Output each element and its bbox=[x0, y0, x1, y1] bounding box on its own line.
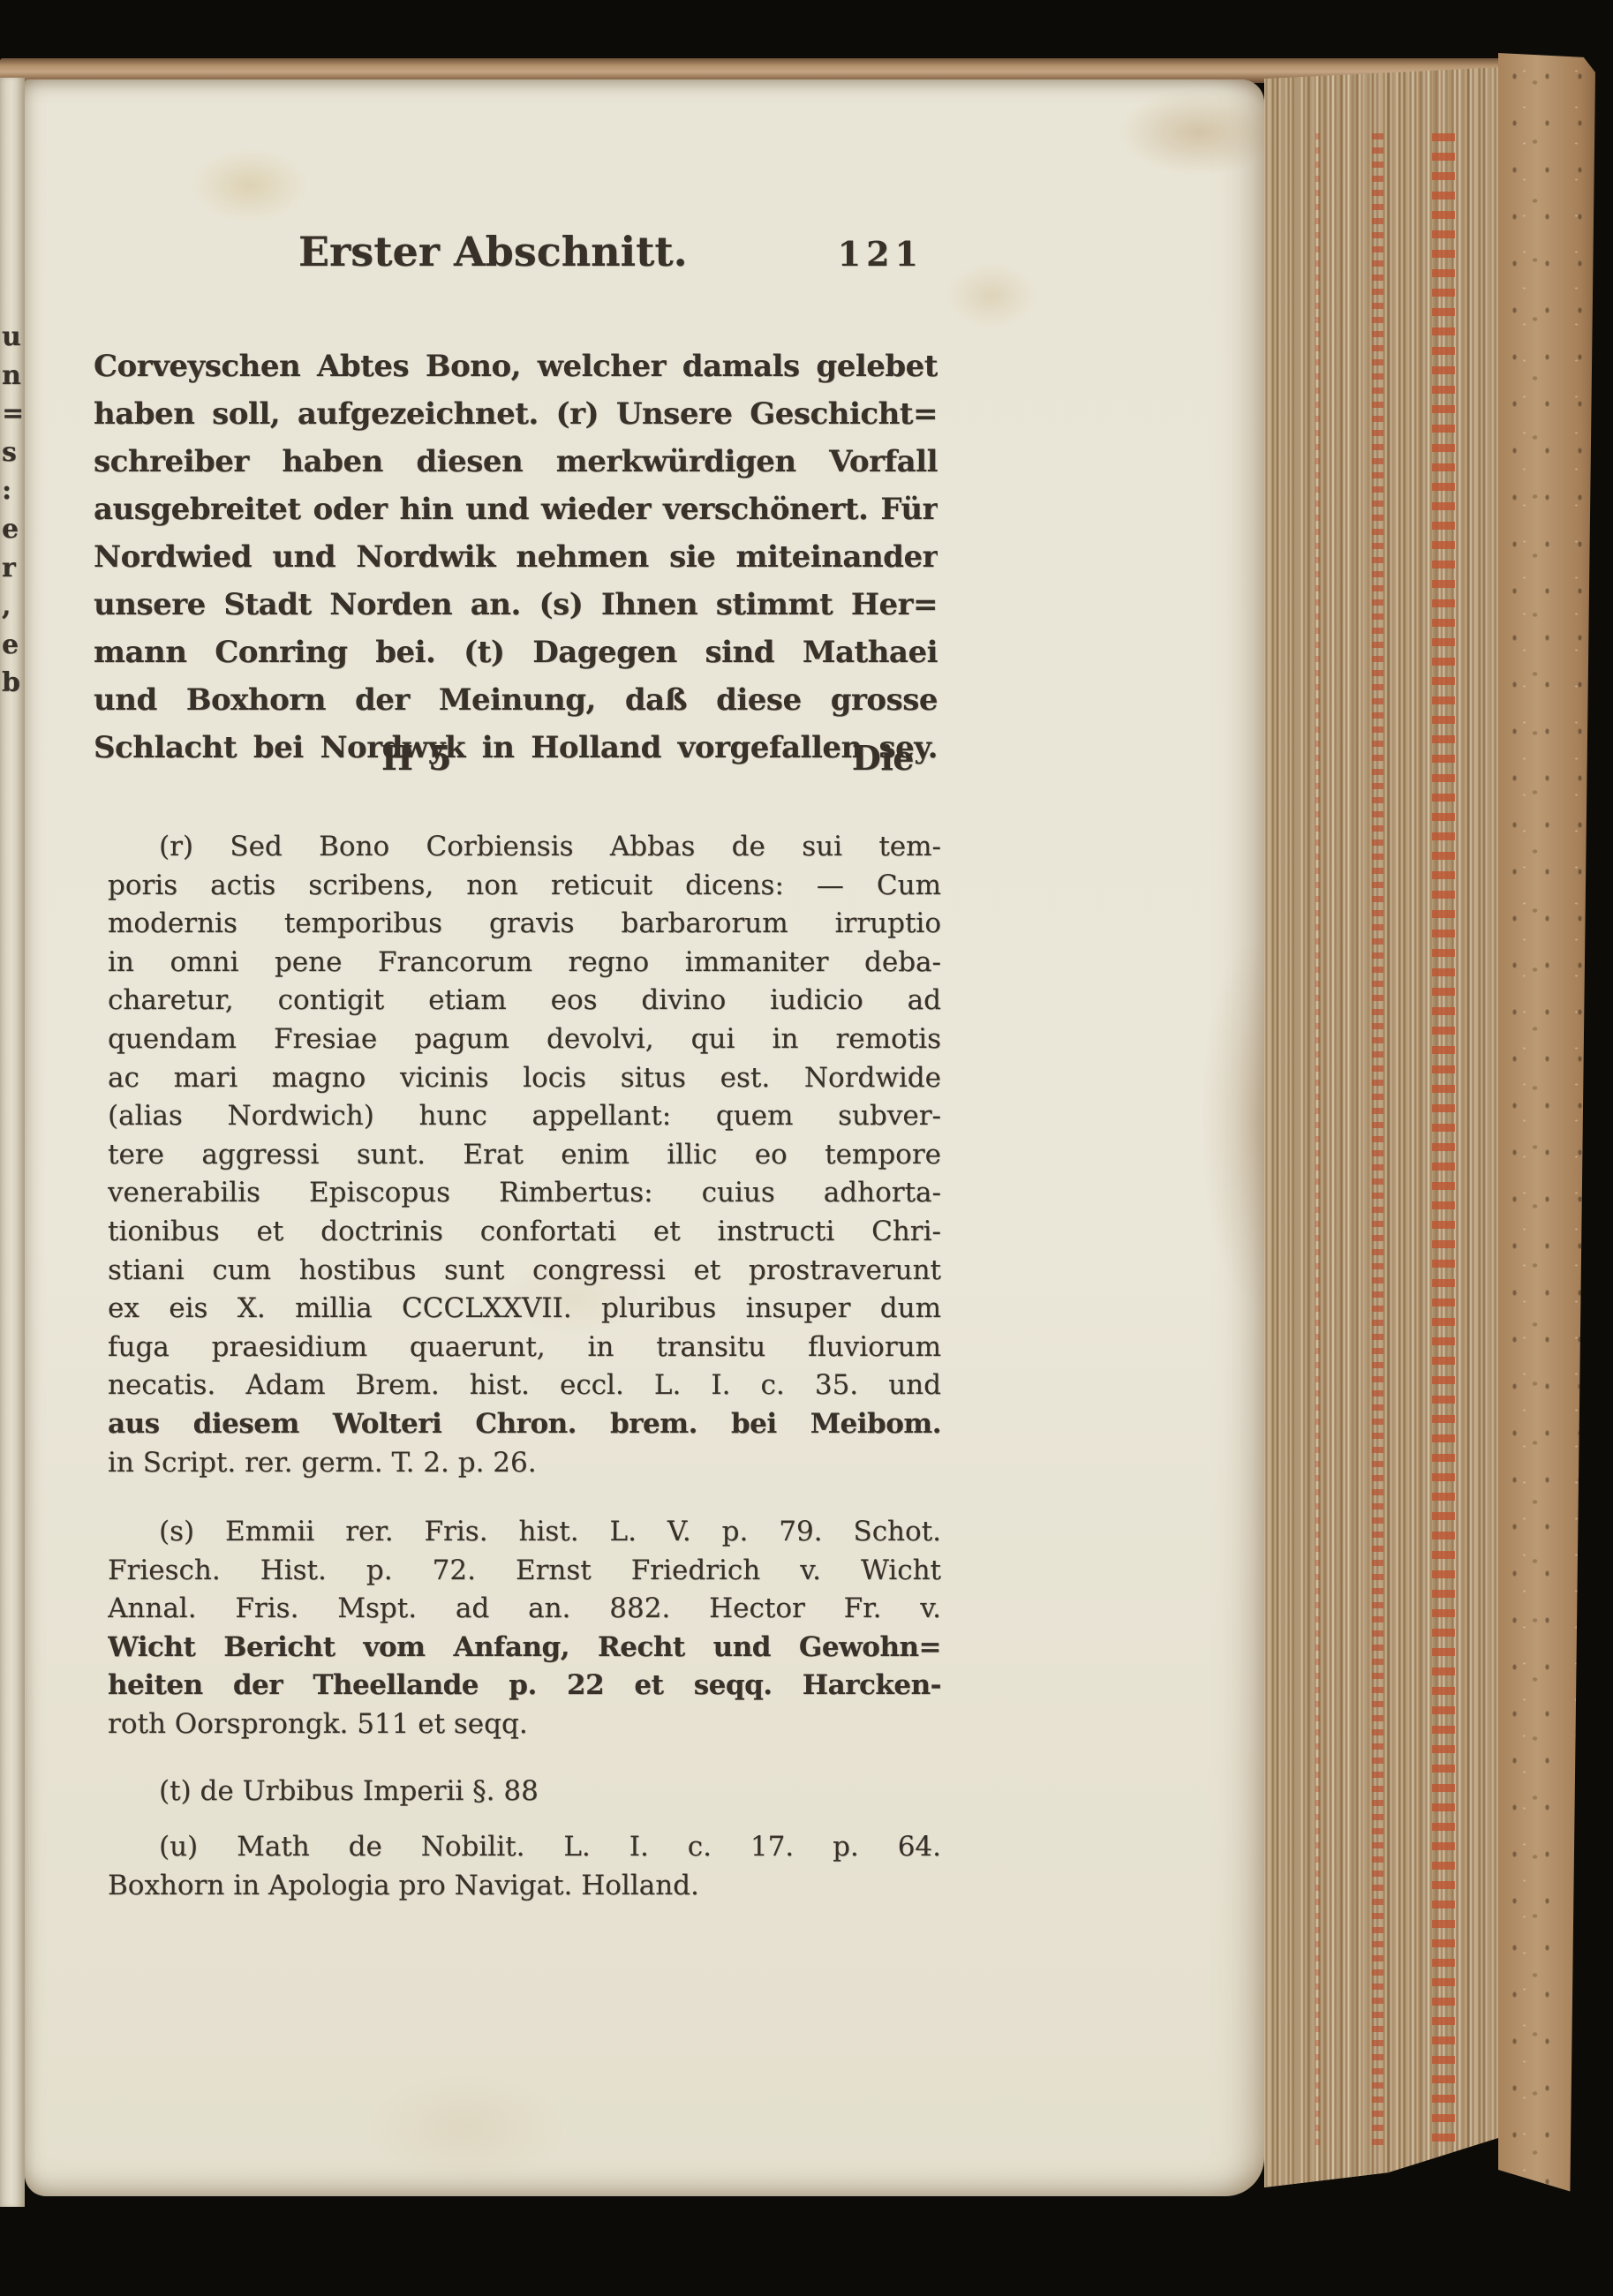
footnote-line: poris actis scribens, non reticuit dicen… bbox=[108, 867, 941, 906]
scan-backdrop: un=s:er,eb Erster Abschnitt. 121 Corveys… bbox=[0, 0, 1613, 2296]
running-header: Erster Abschnitt. 121 bbox=[94, 228, 938, 275]
page-number: 121 bbox=[838, 234, 923, 274]
footnote-line: quendam Fresiae pagum devolvi, qui in re… bbox=[108, 1020, 941, 1059]
body-line: schreiber haben diesen merkwürdigen Vorf… bbox=[94, 438, 938, 486]
footnote-line: tere aggressi sunt. Erat enim illic eo t… bbox=[108, 1136, 941, 1175]
footnote-line: tionibus et doctrinis confortati et inst… bbox=[108, 1213, 941, 1252]
footnote-line: (t) de Urbibus Imperii §. 88 bbox=[108, 1773, 941, 1811]
footnote-line: (u) Math de Nobilit. L. I. c. 17. p. 64. bbox=[108, 1828, 941, 1867]
footnote-line: ex eis X. millia CCCLXXVII. pluribus ins… bbox=[108, 1290, 941, 1329]
footnote-line: Annal. Fris. Mspt. ad an. 882. Hector Fr… bbox=[108, 1590, 941, 1629]
footnote-line: ac mari magno vicinis locis situs est. N… bbox=[108, 1059, 941, 1098]
fore-edge-red-speckles bbox=[1372, 131, 1383, 2145]
footnote-u: (u) Math de Nobilit. L. I. c. 17. p. 64.… bbox=[108, 1828, 941, 1905]
margin-fragment: n bbox=[2, 357, 25, 395]
body-line: unsere Stadt Norden an. (s) Ihnen stimmt… bbox=[94, 581, 938, 629]
fore-edge-red-speckles bbox=[1432, 131, 1455, 2145]
footnote-line: fuga praesidium quaerunt, in transitu fl… bbox=[108, 1329, 941, 1367]
margin-fragment: = bbox=[2, 395, 25, 433]
footnote-line: Boxhorn in Apologia pro Navigat. Holland… bbox=[108, 1867, 941, 1906]
margin-fragment: , bbox=[2, 587, 25, 626]
body-line: Corveyschen Abtes Bono, welcher damals g… bbox=[94, 343, 938, 390]
body-line: und Boxhorn der Meinung, daß diese gross… bbox=[94, 676, 938, 724]
body-line: mann Conring bei. (t) Dagegen sind Matha… bbox=[94, 629, 938, 676]
margin-fragment: e bbox=[2, 510, 25, 549]
footnote-r: (r) Sed Bono Corbiensis Abbas de sui tem… bbox=[108, 828, 941, 1482]
footnote-line: aus diesem Wolteri Chron. brem. bei Meib… bbox=[108, 1405, 941, 1444]
margin-fragment: u bbox=[2, 318, 25, 357]
footnote-line: (alias Nordwich) hunc appellant: quem su… bbox=[108, 1097, 941, 1136]
margin-fragment: e bbox=[2, 626, 25, 665]
signature-row: H 5 Die bbox=[94, 738, 938, 786]
body-text: Corveyschen Abtes Bono, welcher damals g… bbox=[94, 343, 938, 772]
margin-fragment: r bbox=[2, 549, 25, 588]
footnote-line: heiten der Theellande p. 22 et seqq. Har… bbox=[108, 1667, 941, 1705]
body-line: ausgebreitet oder hin und wieder verschö… bbox=[94, 486, 938, 533]
margin-fragment: : bbox=[2, 471, 25, 510]
body-line: haben soll, aufgezeichnet. (r) Unsere Ge… bbox=[94, 390, 938, 438]
footnote-line: in omni pene Francorum regno immaniter d… bbox=[108, 944, 941, 982]
footnote-line: necatis. Adam Brem. hist. eccl. L. I. c.… bbox=[108, 1366, 941, 1405]
fore-edge-red-speckles bbox=[1315, 131, 1320, 2145]
footnote-line: Wicht Bericht vom Anfang, Recht und Gewo… bbox=[108, 1629, 941, 1667]
footnote-line: in Script. rer. germ. T. 2. p. 26. bbox=[108, 1444, 941, 1483]
footnote-line: Friesch. Hist. p. 72. Ernst Friedrich v.… bbox=[108, 1552, 941, 1591]
section-title: Erster Abschnitt. bbox=[298, 228, 688, 275]
catchword: Die bbox=[852, 738, 914, 778]
footnote-line: stiani cum hostibus sunt congressi et pr… bbox=[108, 1252, 941, 1291]
footnote-line: charetur, contigit etiam eos divino iudi… bbox=[108, 982, 941, 1020]
footnote-line: modernis temporibus gravis barbarorum ir… bbox=[108, 905, 941, 944]
margin-fragment: b bbox=[2, 664, 25, 703]
book-page: Erster Abschnitt. 121 Corveyschen Abtes … bbox=[25, 79, 1264, 2196]
fore-edge-page-stack bbox=[1264, 67, 1503, 2187]
footnote-line: (r) Sed Bono Corbiensis Abbas de sui tem… bbox=[108, 828, 941, 867]
footnote-t: (t) de Urbibus Imperii §. 88 bbox=[108, 1773, 941, 1811]
footnote-line: roth Oorsprongk. 511 et seqq. bbox=[108, 1705, 941, 1744]
body-line: Nordwied und Nordwik nehmen sie miteinan… bbox=[94, 533, 938, 581]
cover-board bbox=[1498, 53, 1595, 2209]
margin-fragment: s bbox=[2, 433, 25, 472]
footnote-s: (s) Emmii rer. Fris. hist. L. V. p. 79. … bbox=[108, 1513, 941, 1744]
facing-page-fragments: un=s:er,eb bbox=[2, 318, 25, 703]
signature-mark: H 5 bbox=[381, 738, 454, 778]
footnote-line: venerabilis Episcopus Rimbertus: cuius a… bbox=[108, 1174, 941, 1213]
facing-page-sliver: un=s:er,eb bbox=[0, 78, 25, 2207]
footnote-line: (s) Emmii rer. Fris. hist. L. V. p. 79. … bbox=[108, 1513, 941, 1552]
